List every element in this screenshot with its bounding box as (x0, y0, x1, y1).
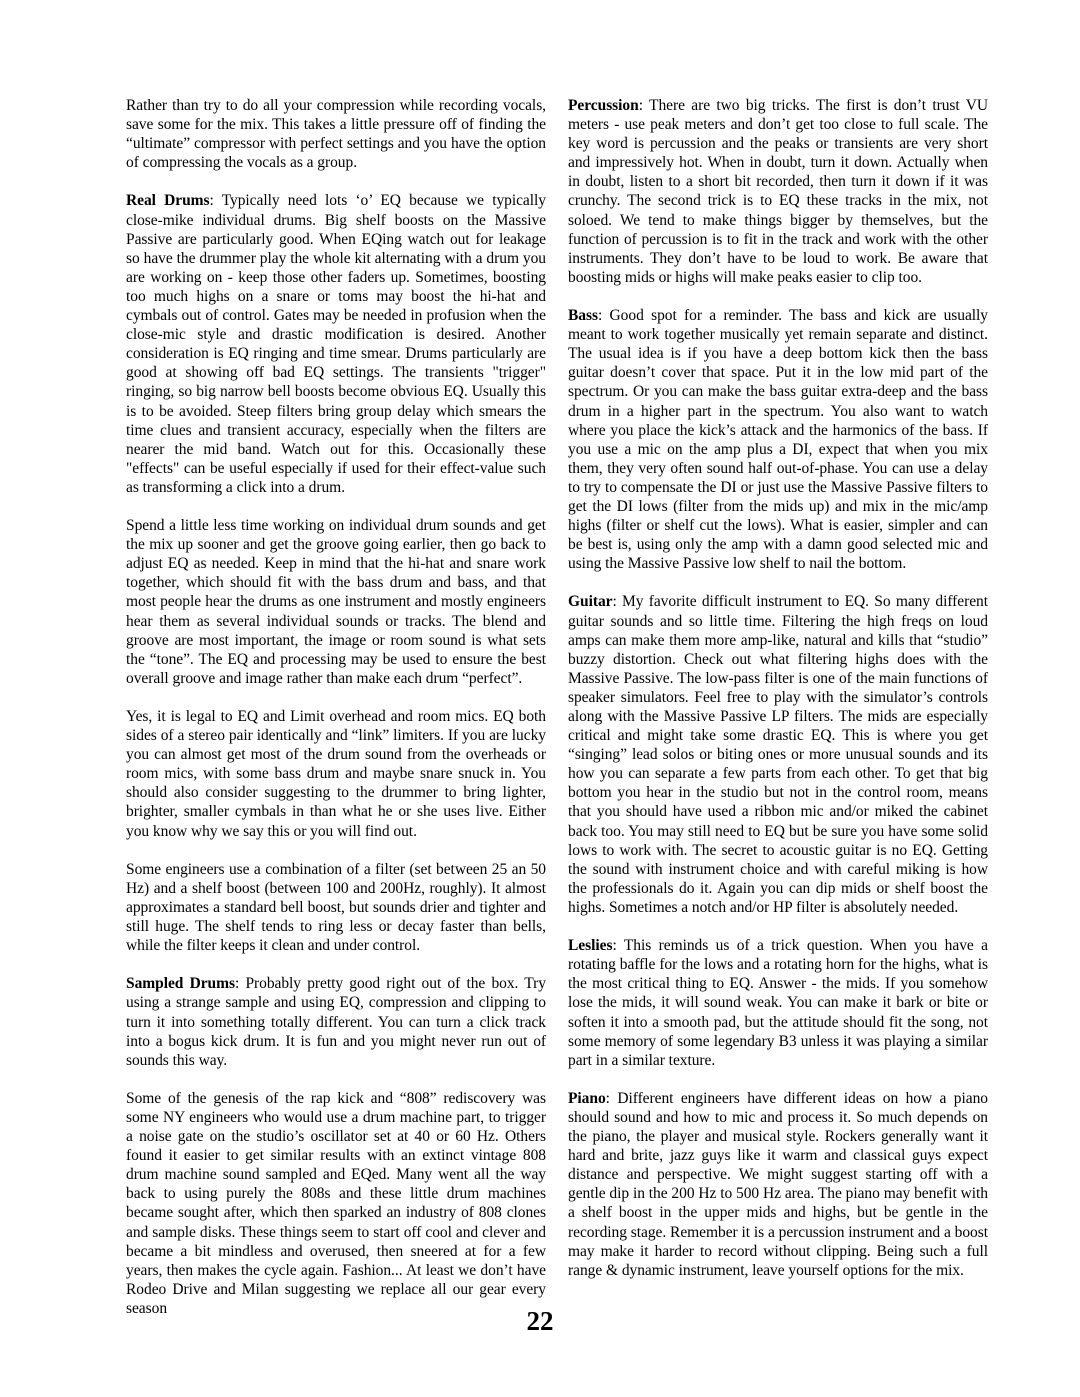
paragraph-text: Spend a little less time working on indi… (126, 517, 546, 687)
left-column: Rather than try to do all your compressi… (126, 96, 546, 1318)
paragraph-lead: Piano (568, 1090, 606, 1107)
two-column-text-block: Rather than try to do all your compressi… (126, 96, 988, 1318)
paragraph-text: : Different engineers have different ide… (568, 1090, 988, 1279)
paragraph-text: Some engineers use a combination of a fi… (126, 861, 546, 954)
paragraph-text: Some of the genesis of the rap kick and … (126, 1090, 546, 1317)
paragraph-lead: Real Drums (126, 192, 210, 209)
paragraph-text: Rather than try to do all your compressi… (126, 97, 546, 171)
paragraph-text: : This reminds us of a trick question. W… (568, 937, 988, 1069)
paragraph-vocal-compression: Rather than try to do all your compressi… (126, 96, 546, 172)
document-page: Rather than try to do all your compressi… (0, 0, 1080, 1397)
paragraph-drum-groove: Spend a little less time working on indi… (126, 516, 546, 688)
paragraph-text: : There are two big tricks. The first is… (568, 97, 988, 286)
paragraph-text: : My favorite difficult instrument to EQ… (568, 593, 988, 916)
paragraph-808-history: Some of the genesis of the rap kick and … (126, 1089, 546, 1318)
paragraph-sampled-drums: Sampled Drums: Probably pretty good righ… (126, 974, 546, 1069)
paragraph-lead: Guitar (568, 593, 612, 610)
paragraph-bass: Bass: Good spot for a reminder. The bass… (568, 306, 988, 573)
paragraph-lead: Percussion (568, 97, 639, 114)
paragraph-guitar: Guitar: My favorite difficult instrument… (568, 592, 988, 917)
paragraph-lead: Bass (568, 307, 598, 324)
paragraph-text: Yes, it is legal to EQ and Limit overhea… (126, 708, 546, 840)
paragraph-text: : Good spot for a reminder. The bass and… (568, 307, 988, 572)
page-number: 22 (0, 1306, 1080, 1336)
right-column: Percussion: There are two big tricks. Th… (568, 96, 988, 1318)
paragraph-filter-shelf-combo: Some engineers use a combination of a fi… (126, 860, 546, 955)
paragraph-percussion: Percussion: There are two big tricks. Th… (568, 96, 988, 287)
paragraph-text: : Typically need lots ‘o’ EQ because we … (126, 192, 546, 495)
paragraph-lead: Sampled Drums (126, 975, 235, 992)
paragraph-overhead-room-mics: Yes, it is legal to EQ and Limit overhea… (126, 707, 546, 841)
paragraph-real-drums: Real Drums: Typically need lots ‘o’ EQ b… (126, 191, 546, 497)
paragraph-lead: Leslies (568, 937, 612, 954)
paragraph-piano: Piano: Different engineers have differen… (568, 1089, 988, 1280)
paragraph-leslies: Leslies: This reminds us of a trick ques… (568, 936, 988, 1070)
